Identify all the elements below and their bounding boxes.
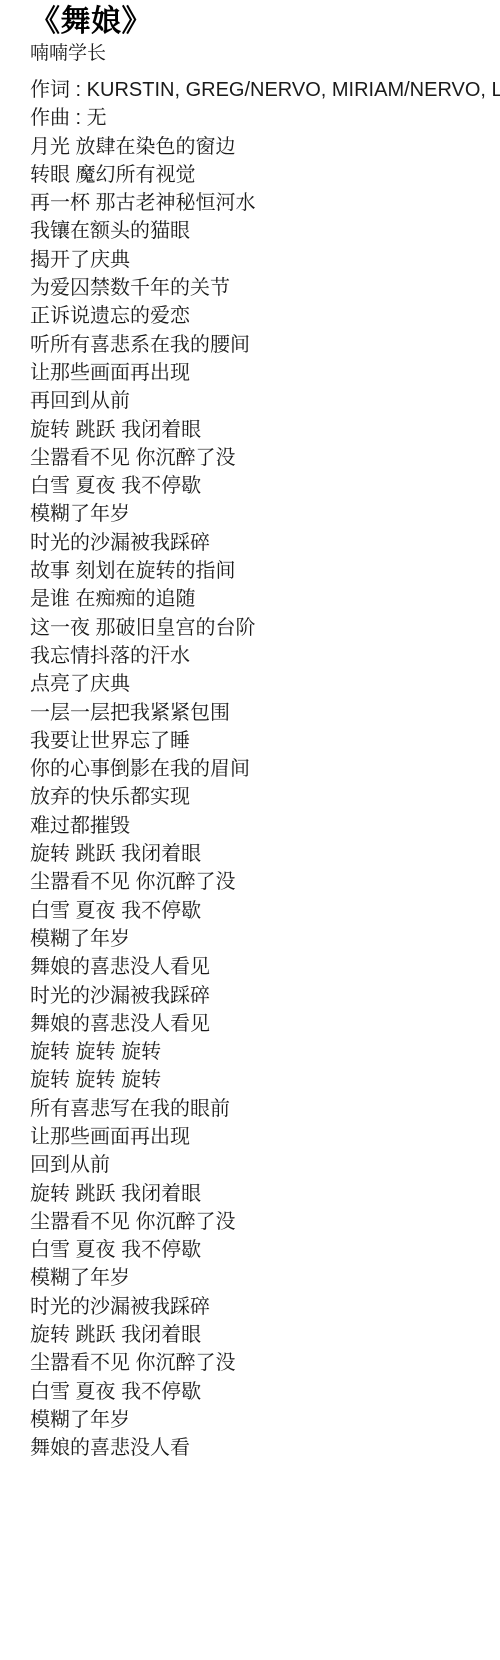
song-title: 《舞娘》 xyxy=(30,3,500,41)
lyric-line: 尘嚣看不见 你沉醉了没 xyxy=(30,1208,500,1236)
lyric-line: 旋转 跳跃 我闭着眼 xyxy=(30,840,500,868)
lyric-line: 难过都摧毁 xyxy=(30,812,500,840)
lyric-line: 揭开了庆典 xyxy=(30,246,500,274)
composer-credit-line: 作曲 : 无 xyxy=(30,104,500,132)
lyric-line: 时光的沙漏被我踩碎 xyxy=(30,529,500,557)
lyric-line: 时光的沙漏被我踩碎 xyxy=(30,982,500,1010)
lyric-line: 白雪 夏夜 我不停歇 xyxy=(30,1236,500,1264)
lyric-line: 模糊了年岁 xyxy=(30,500,500,528)
lyric-line: 模糊了年岁 xyxy=(30,925,500,953)
lyric-line: 回到从前 xyxy=(30,1151,500,1179)
lyric-line: 旋转 跳跃 我闭着眼 xyxy=(30,1321,500,1349)
lyric-line: 是谁 在痴痴的追随 xyxy=(30,585,500,613)
lyric-line: 旋转 旋转 旋转 xyxy=(30,1066,500,1094)
lyric-line: 转眼 魔幻所有视觉 xyxy=(30,161,500,189)
lyric-line: 你的心事倒影在我的眉间 xyxy=(30,755,500,783)
lyric-line: 正诉说遗忘的爱恋 xyxy=(30,302,500,330)
lyric-line: 尘嚣看不见 你沉醉了没 xyxy=(30,868,500,896)
lyric-line: 故事 刻划在旋转的指间 xyxy=(30,557,500,585)
lyric-line: 让那些画面再出现 xyxy=(30,1123,500,1151)
lyric-line: 尘嚣看不见 你沉醉了没 xyxy=(30,1349,500,1377)
lyric-line: 点亮了庆典 xyxy=(30,670,500,698)
lyric-line: 这一夜 那破旧皇宫的台阶 xyxy=(30,614,500,642)
lyric-line: 白雪 夏夜 我不停歇 xyxy=(30,1378,500,1406)
lyric-line: 模糊了年岁 xyxy=(30,1406,500,1434)
lyric-line: 放弃的快乐都实现 xyxy=(30,783,500,811)
lyric-line: 再一杯 那古老神秘恒河水 xyxy=(30,189,500,217)
lyric-line: 我要让世界忘了睡 xyxy=(30,727,500,755)
lyric-line: 月光 放肆在染色的窗边 xyxy=(30,133,500,161)
lyric-line: 白雪 夏夜 我不停歇 xyxy=(30,472,500,500)
lyric-line: 我忘情抖落的汗水 xyxy=(30,642,500,670)
lyric-line: 我镶在额头的猫眼 xyxy=(30,217,500,245)
lyric-line: 让那些画面再出现 xyxy=(30,359,500,387)
lyrics-page: 《舞娘》 喃喃学长 作词 : KURSTIN, GREG/NERVO, MIRI… xyxy=(0,0,500,1463)
lyric-line: 舞娘的喜悲没人看 xyxy=(30,1434,500,1462)
lyrics-block: 作词 : KURSTIN, GREG/NERVO, MIRIAM/NERVO, … xyxy=(30,76,500,1463)
lyric-line: 一层一层把我紧紧包围 xyxy=(30,699,500,727)
lyric-line: 时光的沙漏被我踩碎 xyxy=(30,1293,500,1321)
lyric-line: 舞娘的喜悲没人看见 xyxy=(30,1010,500,1038)
artist-name: 喃喃学长 xyxy=(30,41,500,67)
lyric-line: 模糊了年岁 xyxy=(30,1264,500,1292)
lyric-line: 所有喜悲写在我的眼前 xyxy=(30,1095,500,1123)
lyric-line: 旋转 跳跃 我闭着眼 xyxy=(30,416,500,444)
lyricist-credit-line: 作词 : KURSTIN, GREG/NERVO, MIRIAM/NERVO, … xyxy=(30,76,500,104)
lyric-line: 白雪 夏夜 我不停歇 xyxy=(30,897,500,925)
lyric-line: 听所有喜悲系在我的腰间 xyxy=(30,331,500,359)
lyric-line: 旋转 旋转 旋转 xyxy=(30,1038,500,1066)
lyric-line: 旋转 跳跃 我闭着眼 xyxy=(30,1180,500,1208)
lyric-line: 为爱囚禁数千年的关节 xyxy=(30,274,500,302)
lyric-line: 尘嚣看不见 你沉醉了没 xyxy=(30,444,500,472)
lyric-line: 再回到从前 xyxy=(30,387,500,415)
lyric-lines: 月光 放肆在染色的窗边转眼 魔幻所有视觉再一杯 那古老神秘恒河水我镶在额头的猫眼… xyxy=(30,133,500,1463)
lyric-line: 舞娘的喜悲没人看见 xyxy=(30,953,500,981)
